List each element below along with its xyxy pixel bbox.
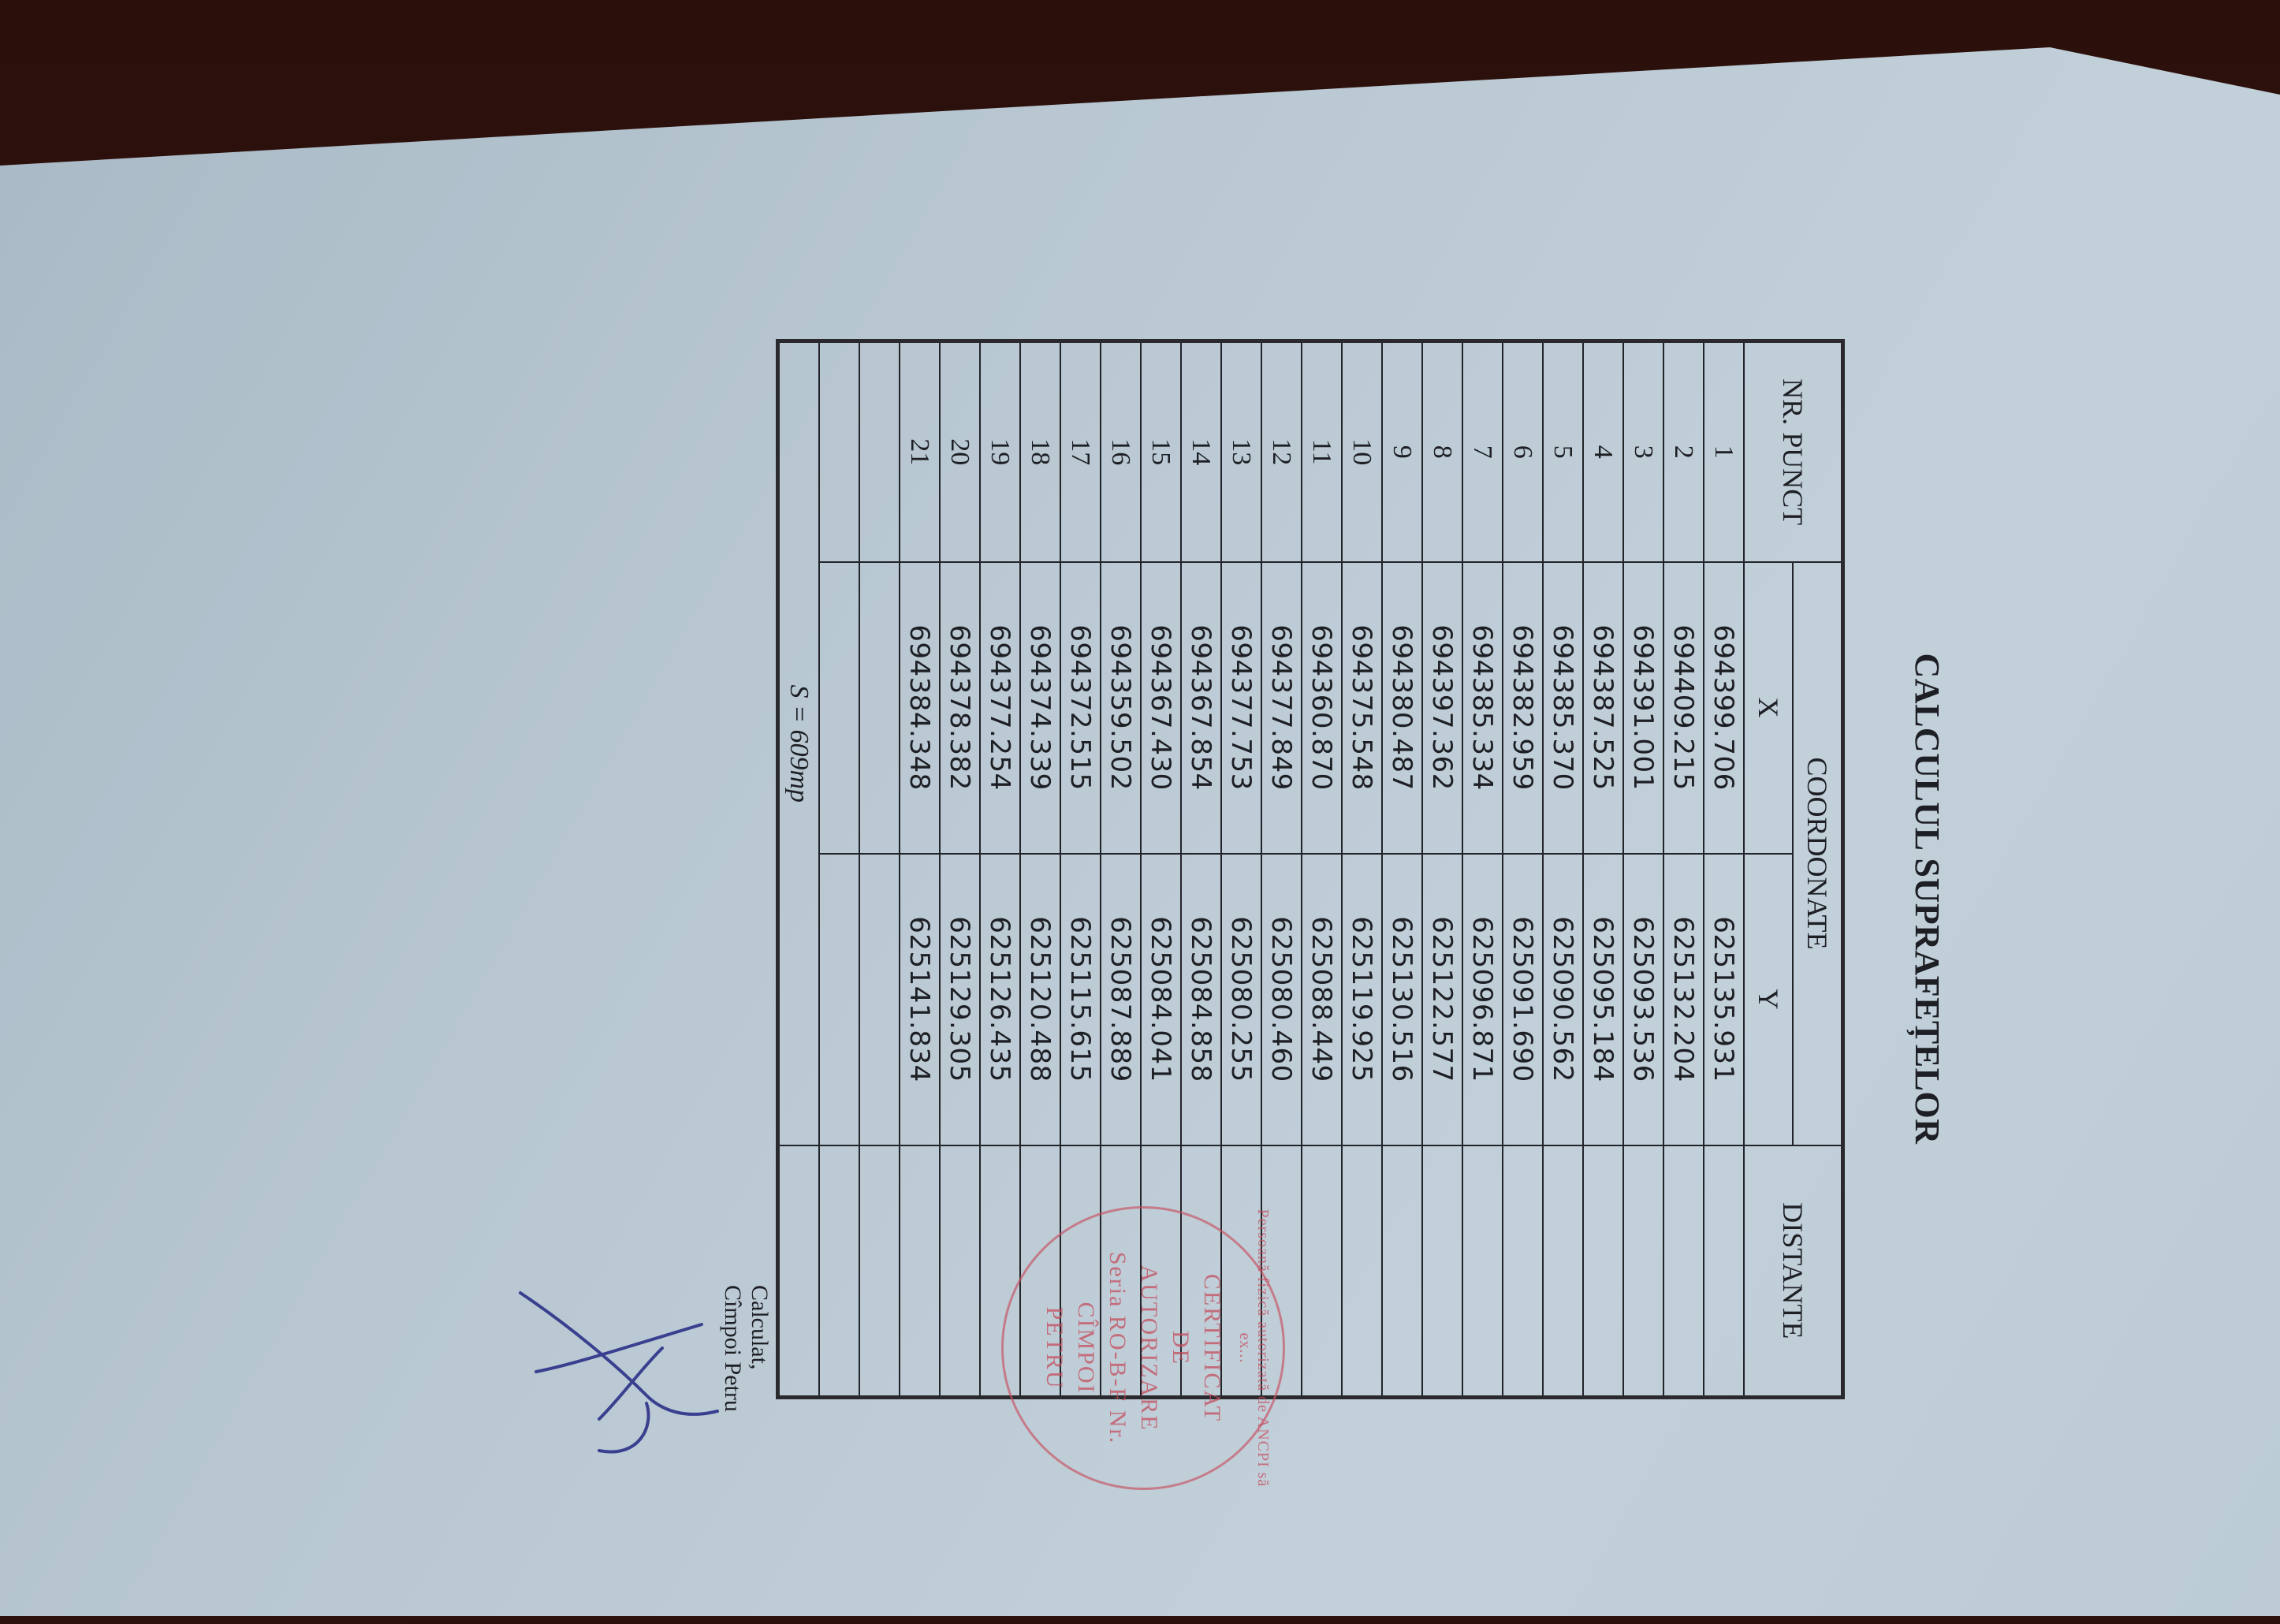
- header-coordinates: COORDONATE: [1793, 562, 1843, 1145]
- table-row: 20694378.382625129.305: [940, 341, 980, 1398]
- point-number-cell: 16: [1101, 341, 1141, 562]
- table-row: [819, 341, 859, 1398]
- stamp-ring-text: Persoană fizică autorizată de ANCPI să e…: [1235, 1209, 1272, 1488]
- point-number-cell: 19: [980, 341, 1020, 562]
- distance-cell: [1704, 1145, 1744, 1398]
- point-number-cell: [859, 341, 900, 562]
- point-number-cell: 12: [1261, 341, 1302, 562]
- y-coordinate-cell: 625084.858: [1181, 854, 1221, 1145]
- y-coordinate-cell: 625090.562: [1543, 854, 1583, 1145]
- x-coordinate-cell: 694409.215: [1663, 562, 1704, 854]
- stamp-body: CERTIFICATDEAUTORIZARESeria RO-B-F Nr.CÎ…: [1038, 1209, 1228, 1488]
- stamp-line: CERTIFICAT: [1196, 1209, 1228, 1488]
- distance-cell: [1342, 1145, 1382, 1398]
- distance-cell: [1583, 1145, 1623, 1398]
- table-row: 3694391.001625093.536: [1623, 341, 1663, 1398]
- point-number-cell: 10: [1342, 341, 1382, 562]
- table-body: 1694399.706625135.9312694409.215625132.2…: [819, 341, 1744, 1398]
- point-number-cell: 11: [1302, 341, 1342, 562]
- distance-cell: [900, 1145, 940, 1398]
- y-coordinate-cell: 625087.889: [1101, 854, 1141, 1145]
- x-coordinate-cell: 694367.854: [1181, 562, 1221, 854]
- distance-cell: [1503, 1145, 1543, 1398]
- signature-icon: [505, 1277, 741, 1482]
- distance-cell: [1543, 1145, 1583, 1398]
- x-coordinate-cell: 694380.487: [1382, 562, 1422, 854]
- stamp-line: DE: [1164, 1209, 1196, 1488]
- x-coordinate-cell: 694377.753: [1221, 562, 1261, 854]
- distance-cell: [1663, 1145, 1704, 1398]
- point-number-cell: 5: [1543, 341, 1583, 562]
- y-coordinate-cell: 625088.449: [1302, 854, 1342, 1145]
- point-number-cell: 3: [1623, 341, 1663, 562]
- header-point-number: NR. PUNCT: [1744, 341, 1843, 562]
- y-coordinate-cell: [819, 854, 859, 1145]
- point-number-cell: 1: [1704, 341, 1744, 562]
- table-row: [859, 341, 900, 1398]
- point-number-cell: 6: [1503, 341, 1543, 562]
- table-row: 7694385.334625096.871: [1462, 341, 1503, 1398]
- table-row: 4694387.525625095.184: [1583, 341, 1623, 1398]
- signoff-label: Calculat,: [746, 1285, 773, 1412]
- y-coordinate-cell: 625080.255: [1221, 854, 1261, 1145]
- y-coordinate-cell: 625115.615: [1060, 854, 1101, 1145]
- y-coordinate-cell: 625132.204: [1663, 854, 1704, 1145]
- y-coordinate-cell: 625093.536: [1623, 854, 1663, 1145]
- x-coordinate-cell: 694377.254: [980, 562, 1020, 854]
- distance-cell: [1382, 1145, 1422, 1398]
- x-coordinate-cell: 694375.548: [1342, 562, 1382, 854]
- table-row: 8694397.362625122.577: [1422, 341, 1462, 1398]
- distance-cell: [940, 1145, 980, 1398]
- header-x: X: [1744, 562, 1793, 854]
- point-number-cell: 4: [1583, 341, 1623, 562]
- coordinates-table-container: NR. PUNCT COORDONATE DISTANTE X Y 169439…: [776, 339, 1845, 1395]
- table-row: 19694377.254625126.435: [980, 341, 1020, 1398]
- y-coordinate-cell: 625120.488: [1020, 854, 1060, 1145]
- header-distances: DISTANTE: [1744, 1145, 1843, 1398]
- y-coordinate-cell: 625091.690: [1503, 854, 1543, 1145]
- y-coordinate-cell: 625084.041: [1141, 854, 1181, 1145]
- table-row: 6694382.959625091.690: [1503, 341, 1543, 1398]
- y-coordinate-cell: 625126.435: [980, 854, 1020, 1145]
- table-row: 5694385.370625090.562: [1543, 341, 1583, 1398]
- x-coordinate-cell: 694367.430: [1141, 562, 1181, 854]
- table-row: 10694375.548625119.925: [1342, 341, 1382, 1398]
- table-row: 1694399.706625135.931: [1704, 341, 1744, 1398]
- authorization-stamp: Persoană fizică autorizată de ANCPI să e…: [1001, 1206, 1285, 1490]
- x-coordinate-cell: 694387.525: [1583, 562, 1623, 854]
- distance-cell: [1623, 1145, 1663, 1398]
- point-number-cell: 17: [1060, 341, 1101, 562]
- point-number-cell: 20: [940, 341, 980, 562]
- document-page: CALCULUL SUPRAFEȚELOR NR. PUNCT COORDONA…: [828, 229, 1947, 1616]
- stamp-line: Seria RO-B-F Nr.: [1101, 1209, 1133, 1488]
- x-coordinate-cell: 694377.849: [1261, 562, 1302, 854]
- table-row: 11694360.870625088.449: [1302, 341, 1342, 1398]
- point-number-cell: 18: [1020, 341, 1060, 562]
- point-number-cell: 7: [1462, 341, 1503, 562]
- y-coordinate-cell: 625141.834: [900, 854, 940, 1145]
- table-row: 21694384.348625141.834: [900, 341, 940, 1398]
- y-coordinate-cell: 625119.925: [1342, 854, 1382, 1145]
- stamp-line: CÎMPOI: [1070, 1209, 1101, 1488]
- distance-cell: [859, 1145, 900, 1398]
- y-coordinate-cell: 625095.184: [1583, 854, 1623, 1145]
- distance-cell: [1462, 1145, 1503, 1398]
- area-total: S = 609mp: [778, 341, 820, 1145]
- table-row: 9694380.487625130.516: [1382, 341, 1422, 1398]
- point-number-cell: 21: [900, 341, 940, 562]
- y-coordinate-cell: 625135.931: [1704, 854, 1744, 1145]
- x-coordinate-cell: [819, 562, 859, 854]
- point-number-cell: 15: [1141, 341, 1181, 562]
- point-number-cell: [819, 341, 859, 562]
- y-coordinate-cell: 625129.305: [940, 854, 980, 1145]
- stamp-line: PETRU: [1038, 1209, 1070, 1488]
- stamp-line: AUTORIZARE: [1133, 1209, 1164, 1488]
- x-coordinate-cell: 694397.362: [1422, 562, 1462, 854]
- distance-cell: [819, 1145, 859, 1398]
- point-number-cell: 8: [1422, 341, 1462, 562]
- point-number-cell: 14: [1181, 341, 1221, 562]
- coordinates-table: NR. PUNCT COORDONATE DISTANTE X Y 169439…: [776, 339, 1845, 1399]
- x-coordinate-cell: 694360.870: [1302, 562, 1342, 854]
- point-number-cell: 2: [1663, 341, 1704, 562]
- distance-cell: [1422, 1145, 1462, 1398]
- point-number-cell: 9: [1382, 341, 1422, 562]
- header-y: Y: [1744, 854, 1793, 1145]
- x-coordinate-cell: 694385.334: [1462, 562, 1503, 854]
- point-number-cell: 13: [1221, 341, 1261, 562]
- x-coordinate-cell: 694382.959: [1503, 562, 1543, 854]
- y-coordinate-cell: [859, 854, 900, 1145]
- x-coordinate-cell: 694374.339: [1020, 562, 1060, 854]
- x-coordinate-cell: 694391.001: [1623, 562, 1663, 854]
- x-coordinate-cell: 694359.502: [1101, 562, 1141, 854]
- y-coordinate-cell: 625096.871: [1462, 854, 1503, 1145]
- area-total-distance-cell: [778, 1145, 820, 1398]
- x-coordinate-cell: 694384.348: [900, 562, 940, 854]
- y-coordinate-cell: 625080.460: [1261, 854, 1302, 1145]
- distance-cell: [1302, 1145, 1342, 1398]
- x-coordinate-cell: 694399.706: [1704, 562, 1744, 854]
- paper-sheet: CALCULUL SUPRAFEȚELOR NR. PUNCT COORDONA…: [0, 47, 2280, 1616]
- x-coordinate-cell: 694372.515: [1060, 562, 1101, 854]
- x-coordinate-cell: [859, 562, 900, 854]
- x-coordinate-cell: 694378.382: [940, 562, 980, 854]
- document-title: CALCULUL SUPRAFEȚELOR: [1907, 229, 1947, 1569]
- x-coordinate-cell: 694385.370: [1543, 562, 1583, 854]
- y-coordinate-cell: 625122.577: [1422, 854, 1462, 1145]
- table-row: 2694409.215625132.204: [1663, 341, 1704, 1398]
- y-coordinate-cell: 625130.516: [1382, 854, 1422, 1145]
